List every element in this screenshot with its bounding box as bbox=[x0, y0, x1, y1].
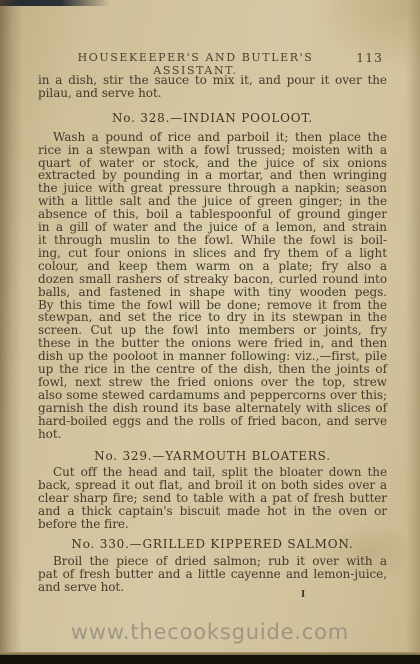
book-page-photo: HOUSEKEEPER'S AND BUTLER'S ASSISTANT. 11… bbox=[0, 0, 420, 664]
printer-signature-mark: I bbox=[301, 590, 305, 600]
page-content: in a dish, stir the sauce to mix it, and… bbox=[38, 74, 387, 594]
text-line: it through muslin to the fowl. While the… bbox=[38, 234, 387, 247]
text-line: before the fire. bbox=[38, 518, 387, 531]
recipe-heading: No. 328.—INDIAN POOLOOT. bbox=[38, 112, 387, 125]
recipe-heading: No. 329.—YARMOUTH BLOATERS. bbox=[38, 450, 387, 463]
text-line: balls, and fastened in shape with tiny w… bbox=[38, 286, 387, 299]
recipe-heading: No. 330.—GRILLED KIPPERED SALMON. bbox=[38, 538, 387, 551]
text-line: also some stewed cardamums and peppercor… bbox=[38, 389, 387, 402]
text-line: and serve hot. bbox=[38, 581, 387, 594]
running-header: HOUSEKEEPER'S AND BUTLER'S ASSISTANT. 11… bbox=[38, 51, 387, 64]
text-line: ing, cut four onions in slices and fry t… bbox=[38, 247, 387, 260]
text-line: Wash a pound of rice and parboil it; the… bbox=[38, 131, 387, 144]
watermark-text: www.thecooksguide.com bbox=[0, 620, 420, 644]
page-bottom-shadow bbox=[0, 655, 420, 664]
text-line: pilau, and serve hot. bbox=[38, 87, 387, 100]
paragraph: Wash a pound of rice and parboil it; the… bbox=[38, 131, 387, 441]
text-line: colour, and keep them warm on a plate; f… bbox=[38, 260, 387, 273]
text-line: pat of fresh butter and a little cayenne… bbox=[38, 568, 387, 581]
paragraph: Broil the piece of dried salmon; rub it … bbox=[38, 555, 387, 594]
text-line: rice in a stewpan with a fowl trussed; m… bbox=[38, 144, 387, 157]
text-line: up the rice in the centre of the dish, t… bbox=[38, 363, 387, 376]
page-number: 113 bbox=[356, 50, 383, 65]
text-line: garnish the dish round its base alternat… bbox=[38, 402, 387, 415]
text-line: hard-boiled eggs and the rolls of fried … bbox=[38, 415, 387, 428]
text-line: dozen small rashers of streaky bacon, cu… bbox=[38, 273, 387, 286]
paragraph: in a dish, stir the sauce to mix it, and… bbox=[38, 74, 387, 100]
page-body: HOUSEKEEPER'S AND BUTLER'S ASSISTANT. 11… bbox=[0, 0, 420, 664]
paragraph: Cut off the head and tail, split the blo… bbox=[38, 466, 387, 531]
text-line: Broil the piece of dried salmon; rub it … bbox=[38, 555, 387, 568]
text-line: fowl, next strew the fried onions over t… bbox=[38, 376, 387, 389]
running-header-title: HOUSEKEEPER'S AND BUTLER'S ASSISTANT. bbox=[38, 51, 387, 77]
text-line: hot. bbox=[38, 428, 387, 441]
